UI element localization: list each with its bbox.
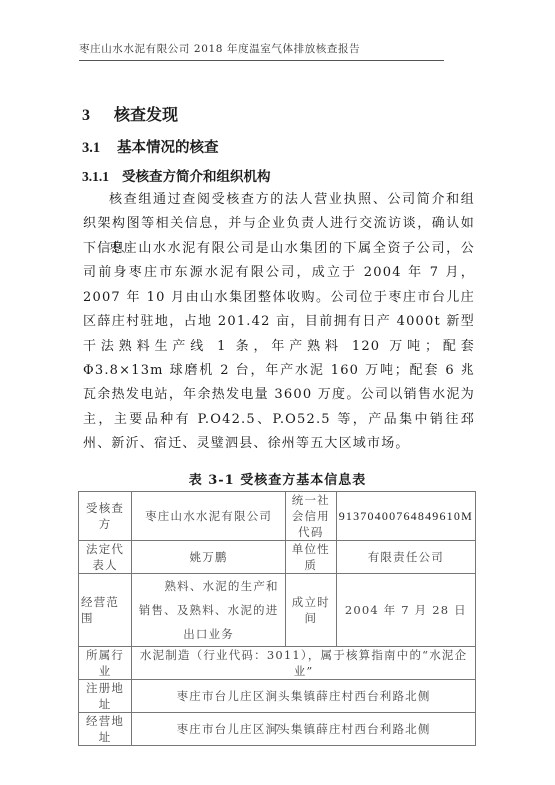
label-established: 成立时间 xyxy=(286,574,337,647)
value-audited-party: 枣庄山水水泥有限公司 xyxy=(132,492,286,541)
section-number: 3.1.1 xyxy=(82,169,122,185)
section-number: 3 xyxy=(82,107,114,125)
company-description-paragraph: 枣庄山水水泥有限公司是山水集团的下属全资子公司，公司前身枣庄市东源水泥有限公司，… xyxy=(83,237,475,457)
section-number: 3.1 xyxy=(82,140,117,157)
value-legal-rep: 姚万鹏 xyxy=(132,541,286,574)
value-industry: 水泥制造（行业代码：3011），属于核算指南中的“水泥企业” xyxy=(132,647,476,680)
section-title: 核查发现 xyxy=(114,105,178,124)
section-heading-3-1: 3.1基本情况的核查 xyxy=(82,136,219,157)
table-row: 法定代表人 姚万鹏 单位性质 有限责任公司 xyxy=(79,541,476,574)
value-business-scope: 熟料、水泥的生产和销售、及熟料、水泥的进出口业务 xyxy=(132,574,286,647)
table-row: 注册地址 枣庄市台儿庄区涧头集镇薛庄村西台利路北侧 xyxy=(79,680,476,713)
table-row: 所属行业 水泥制造（行业代码：3011），属于核算指南中的“水泥企业” xyxy=(79,647,476,680)
running-header: 枣庄山水水泥有限公司 2018 年度温室气体排放核查报告 xyxy=(79,41,444,61)
value-registered-address: 枣庄市台儿庄区涧头集镇薛庄村西台利路北侧 xyxy=(132,680,476,713)
section-heading-3-1-1: 3.1.1受核查方简介和组织机构 xyxy=(82,165,271,185)
label-industry: 所属行业 xyxy=(79,647,132,680)
table-row: 受核查方 枣庄山水水泥有限公司 统一社会信用代码 913704007648496… xyxy=(79,492,476,541)
label-credit-code: 统一社会信用代码 xyxy=(286,492,337,541)
page-number: 7 xyxy=(0,724,555,735)
label-unit-nature: 单位性质 xyxy=(286,541,337,574)
value-unit-nature: 有限责任公司 xyxy=(336,541,475,574)
table-caption: 表 3-1 受核查方基本信息表 xyxy=(0,469,555,488)
section-heading-3: 3核查发现 xyxy=(82,102,178,125)
label-business-scope: 经营范围 xyxy=(79,574,132,647)
label-audited-party: 受核查方 xyxy=(79,492,132,541)
section-title: 基本情况的核查 xyxy=(117,139,219,156)
section-title: 受核查方简介和组织机构 xyxy=(122,169,271,185)
basic-info-table: 受核查方 枣庄山水水泥有限公司 统一社会信用代码 913704007648496… xyxy=(78,491,476,746)
label-legal-rep: 法定代表人 xyxy=(79,541,132,574)
label-registered-address: 注册地址 xyxy=(79,680,132,713)
value-credit-code: 91370400764849610M xyxy=(336,492,475,541)
table-row: 经营范围 熟料、水泥的生产和销售、及熟料、水泥的进出口业务 成立时间 2004 … xyxy=(79,574,476,647)
value-established: 2004 年 7 月 28 日 xyxy=(336,574,475,647)
